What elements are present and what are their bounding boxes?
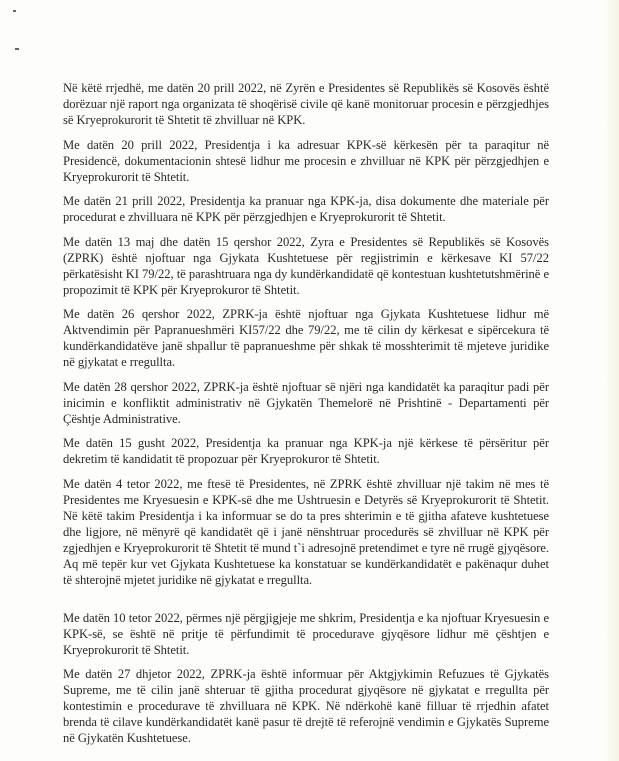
scan-mark	[15, 48, 19, 50]
scan-mark	[13, 10, 16, 12]
paragraph: Me datën 13 maj dhe datën 15 qershor 202…	[63, 234, 549, 298]
paragraph: Me datën 20 prill 2022, Presidentja i ka…	[63, 137, 549, 185]
paragraph: Me datën 26 qershor 2022, ZPRK-ja është …	[63, 306, 549, 370]
paragraph: Me datën 28 qershor 2022, ZPRK-ja është …	[63, 379, 549, 427]
paragraph: Me datën 4 tetor 2022, me ftesë të Presi…	[63, 476, 549, 588]
paragraph: Me datën 27 dhjetor 2022, ZPRK-ja është …	[63, 666, 549, 746]
paragraph: Në këtë rrjedhë, me datën 20 prill 2022,…	[63, 80, 549, 128]
page-edge-shadow	[605, 0, 619, 761]
paragraph: Me datën 10 tetor 2022, përmes një përgj…	[63, 610, 549, 658]
paragraph: Me datën 15 gusht 2022, Presidentja ka p…	[63, 435, 549, 467]
document-body: Në këtë rrjedhë, me datën 20 prill 2022,…	[63, 80, 549, 755]
paragraph: Me datën 21 prill 2022, Presidentja ka p…	[63, 193, 549, 225]
